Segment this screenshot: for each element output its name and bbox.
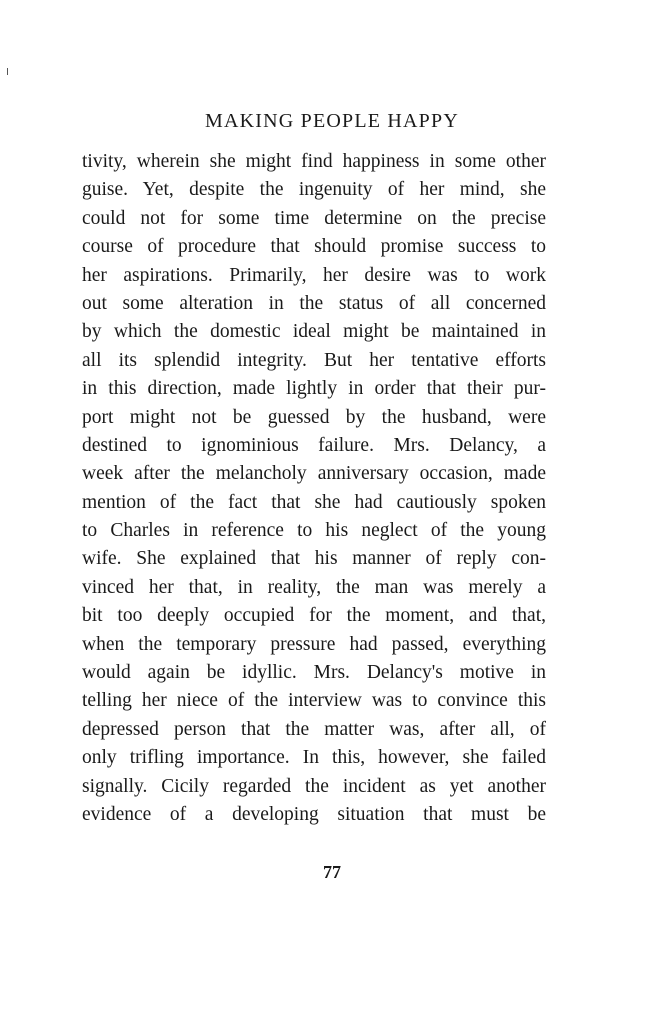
text-line: guise. Yet, despite the ingenuity of her…: [82, 176, 546, 204]
body-text: tivity, wherein she might find happiness…: [82, 148, 546, 829]
text-line: all its splendid integrity. But her tent…: [82, 347, 546, 375]
text-line: vinced her that, in reality, the man was…: [82, 574, 546, 602]
text-line: bit too deeply occupied for the moment, …: [82, 602, 546, 630]
text-line: week after the melancholy anniversary oc…: [82, 460, 546, 488]
text-line: would again be idyllic. Mrs. Delancy's m…: [82, 659, 546, 687]
text-line: evidence of a developing situation that …: [82, 801, 546, 829]
text-line: only trifling importance. In this, howev…: [82, 744, 546, 772]
page-number: 77: [0, 862, 664, 883]
text-line: when the temporary pressure had passed, …: [82, 631, 546, 659]
running-head: MAKING PEOPLE HAPPY: [0, 110, 664, 133]
text-line: out some alteration in the status of all…: [82, 290, 546, 318]
text-line: tivity, wherein she might find happiness…: [82, 148, 546, 176]
text-line: wife. She explained that his manner of r…: [82, 545, 546, 573]
text-line: mention of the fact that she had cautiou…: [82, 489, 546, 517]
text-line: by which the domestic ideal might be mai…: [82, 318, 546, 346]
text-line: telling her niece of the interview was t…: [82, 687, 546, 715]
text-line: depressed person that the matter was, af…: [82, 716, 546, 744]
text-line: course of procedure that should promise …: [82, 233, 546, 261]
text-line: to Charles in reference to his neglect o…: [82, 517, 546, 545]
text-line: port might not be guessed by the husband…: [82, 404, 546, 432]
text-line: could not for some time determine on the…: [82, 205, 546, 233]
text-line: destined to ignominious failure. Mrs. De…: [82, 432, 546, 460]
text-line: signally. Cicily regarded the incident a…: [82, 773, 546, 801]
text-line: in this direction, made lightly in order…: [82, 375, 546, 403]
text-line: her aspirations. Primarily, her desire w…: [82, 262, 546, 290]
scan-artifact-mark: [7, 68, 8, 75]
